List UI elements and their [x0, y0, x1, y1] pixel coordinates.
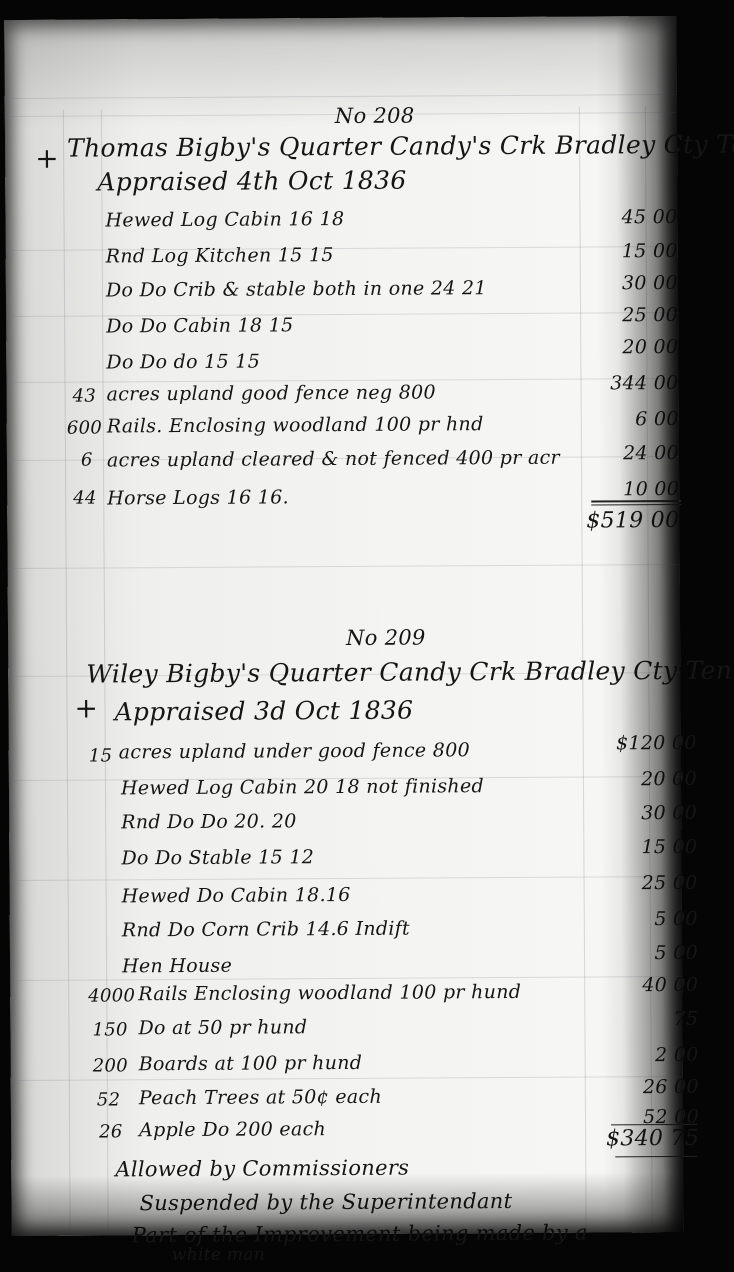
item-description: Do Do do 15 15: [106, 351, 260, 374]
item-description: Rails. Enclosing woodland 100 pr hnd: [107, 413, 484, 437]
item-description: Do Do Cabin 18 15: [106, 314, 293, 337]
margin-line: [63, 110, 71, 1236]
item-description: Hewed Do Cabin 18.16: [122, 884, 351, 907]
item-description: Hewed Log Cabin 20 18 not finished: [121, 775, 484, 799]
item-description: Peach Trees at 50¢ each: [139, 1086, 382, 1109]
scan-edge-shadow: [11, 1172, 683, 1236]
item-description: Boards at 100 pr hund: [139, 1052, 363, 1075]
item-quantity: 44: [73, 488, 97, 509]
entry-number: No 208: [335, 104, 415, 128]
margin-cross-mark: +: [74, 692, 98, 725]
item-description: acres upland good fence neg 800: [107, 381, 436, 405]
item-quantity: 52: [97, 1089, 121, 1110]
margin-cross-mark: +: [35, 142, 59, 175]
entry-number: No 209: [346, 626, 426, 650]
item-quantity: 26: [99, 1121, 123, 1142]
item-description: acres upland cleared & not fenced 400 pr…: [107, 447, 560, 472]
item-quantity: 200: [93, 1055, 128, 1076]
item-description: Hewed Log Cabin 16 18: [105, 208, 344, 231]
item-quantity: 43: [73, 386, 97, 407]
item-description: Rails Enclosing woodland 100 pr hund: [138, 981, 521, 1005]
item-quantity: 150: [92, 1019, 127, 1040]
item-quantity: 6: [81, 450, 93, 471]
ruled-line: [11, 1076, 683, 1081]
entry-appraisal-date: Appraised 4th Oct 1836: [97, 166, 406, 197]
item-description: Do Do Crib & stable both in one 24 21: [106, 277, 487, 301]
item-description: Rnd Do Corn Crib 14.6 Indift: [122, 918, 410, 942]
ruled-line: [8, 564, 680, 569]
item-description: Apple Do 200 each: [139, 1118, 326, 1141]
item-description: Horse Logs 16 16.: [107, 486, 289, 509]
ledger-page: No 208 + Thomas Bigby's Quarter Candy's …: [4, 16, 683, 1236]
item-quantity: 4000: [88, 985, 135, 1006]
item-description: Do Do Stable 15 12: [121, 846, 314, 869]
item-description: Rnd Log Kitchen 15 15: [106, 244, 334, 267]
item-description: Hen House: [122, 955, 232, 978]
ruled-line: [10, 976, 682, 981]
item-description: Rnd Do Do 20. 20: [121, 810, 297, 833]
note-line: white man: [172, 1244, 265, 1265]
entry-appraisal-date: Appraised 3d Oct 1836: [114, 696, 413, 727]
ruled-line: [10, 876, 682, 881]
item-description: Do at 50 pr hund: [138, 1016, 307, 1039]
item-quantity: 600: [67, 417, 102, 438]
item-description: acres upland under good fence 800: [119, 739, 470, 763]
item-quantity: 15: [89, 745, 113, 766]
scan-edge-shadow: [616, 16, 683, 1232]
